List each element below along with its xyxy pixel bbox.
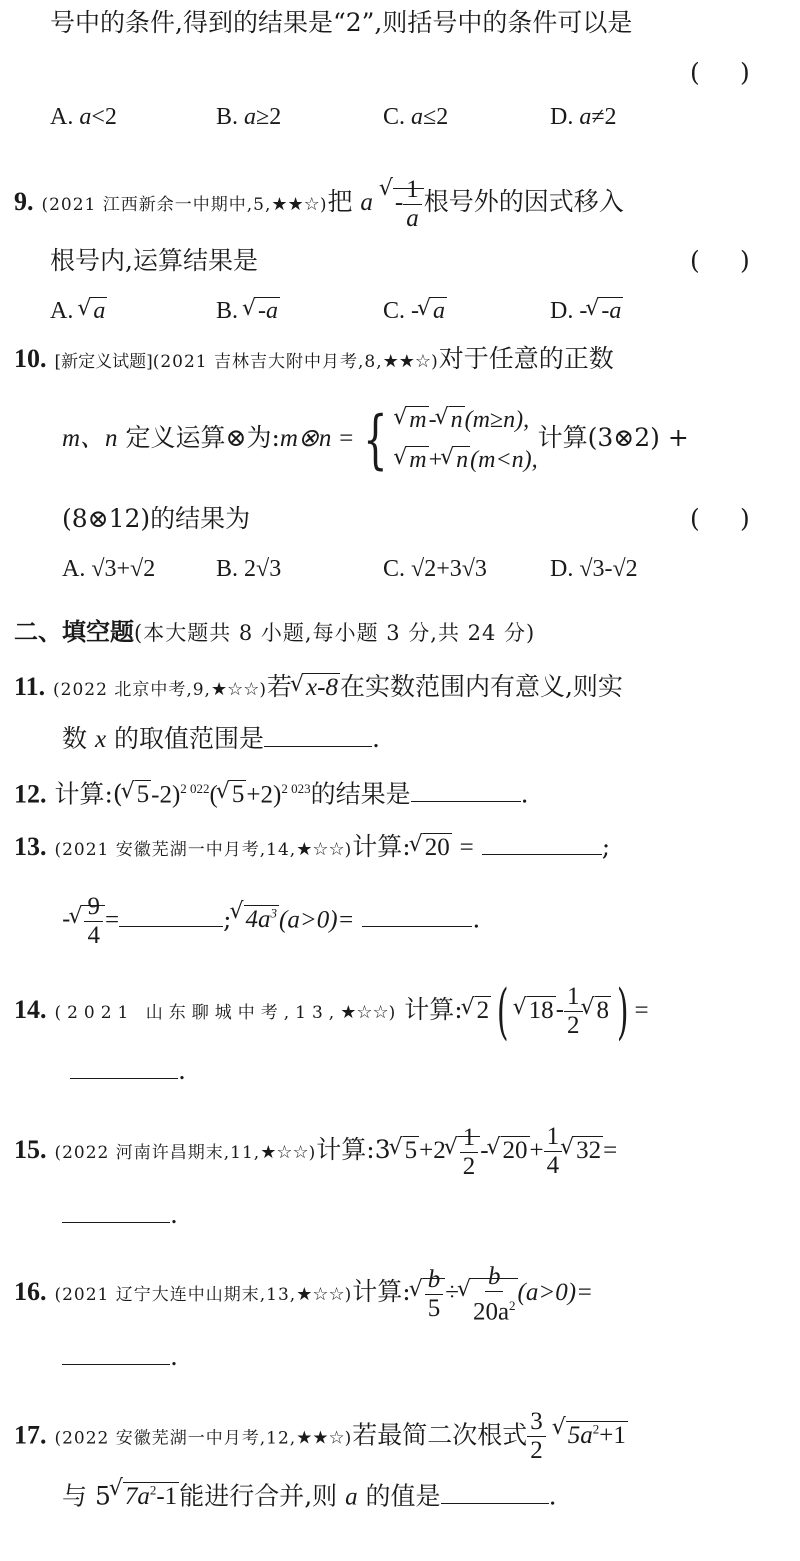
q10-option-b[interactable]: B. 2√3 — [216, 556, 281, 583]
q8-option-a[interactable]: A. a<2 — [50, 104, 117, 131]
question-number: 9. — [14, 187, 34, 216]
question-number: 17. — [14, 1420, 47, 1449]
piecewise-definition: m-n(m≥n), m+n(m<n), — [395, 400, 537, 480]
q15-line2: . — [62, 1196, 178, 1230]
q17-line1: 17. (2022 安徽芜湖一中月考,12,★★☆)若最简二次根式32 5a2+… — [14, 1400, 628, 1468]
question-number: 11. — [14, 672, 45, 701]
difficulty-stars: ★☆☆ — [296, 1284, 344, 1305]
question-source: (2021 山东聊城中考,13, — [54, 1003, 340, 1023]
question-source: (2021 江西新余一中期中,5, — [41, 195, 271, 215]
difficulty-stars: ★★☆ — [383, 351, 431, 372]
question-source: (2022 河南许昌期末,11, — [54, 1143, 260, 1163]
answer-blank[interactable] — [264, 720, 372, 747]
q9-line2: 根号内,运算结果是 — [50, 246, 258, 276]
answer-blank[interactable] — [119, 900, 223, 927]
section-note: (本大题共 8 小题,每小题 3 分,共 24 分) — [134, 621, 535, 645]
answer-blank[interactable] — [62, 1196, 170, 1223]
q16-line2: . — [62, 1338, 178, 1372]
question-number: 16. — [14, 1277, 47, 1306]
question-number: 10. — [14, 344, 47, 373]
q9-option-a[interactable]: A. a — [50, 298, 107, 325]
q13-line2: -94=;4a3(a>0)= . — [62, 884, 480, 950]
question-number: 12. — [14, 779, 47, 808]
q17-line2: 与 57a2-1能进行合并,则 a 的值是. — [62, 1476, 557, 1512]
q8-stem-text: 号中的条件,得到的结果是“2”,则括号中的条件可以是 — [50, 8, 632, 38]
q10-line1: 10. [新定义试题](2021 吉林吉大附中月考,8,★★☆)对于任意的正数 — [14, 344, 614, 377]
q10-answer-paren[interactable]: () — [690, 504, 790, 533]
q16-line1: 16. (2021 辽宁大连中山期末,13,★☆☆)计算:b5÷b20a2(a>… — [14, 1262, 593, 1326]
question-number: 14. — [14, 995, 47, 1024]
section-heading: 二、填空题(本大题共 8 小题,每小题 3 分,共 24 分) — [14, 617, 535, 648]
answer-blank[interactable] — [70, 1052, 178, 1079]
q11-line2: 数 x 的取值范围是. — [62, 720, 380, 755]
difficulty-stars: ★☆☆ — [296, 839, 344, 860]
brace: { — [363, 408, 387, 472]
question-source: (2022 北京中考,9, — [53, 680, 211, 700]
q14-line1: 14. (2021 山东聊城中考,13,★☆☆) 计算:2(18-128)= — [14, 980, 649, 1043]
question-source: (2021 安徽芜湖一中月考,14, — [54, 840, 296, 860]
q13-line1: 13. (2021 安徽芜湖一中月考,14,★☆☆)计算:20 = ; — [14, 828, 610, 865]
q8-option-b[interactable]: B. a≥2 — [216, 104, 281, 131]
q10-line2: m、n 定义运算⊗为:m⊗n ={ m-n(m≥n), m+n(m<n), 计算… — [62, 398, 689, 480]
difficulty-stars: ★☆☆ — [340, 1002, 388, 1023]
q9-option-d[interactable]: D. --a — [550, 298, 623, 325]
q9-line1: 9. (2021 江西新余一中期中,5,★★☆)把 a -1a根号外的因式移入 — [14, 176, 624, 233]
answer-blank[interactable] — [411, 775, 521, 802]
answer-blank[interactable] — [441, 1477, 549, 1504]
q9-answer-paren[interactable]: () — [690, 246, 790, 275]
q15-line1: 15. (2022 河南许昌期末,11,★☆☆)计算:35+212-20+143… — [14, 1120, 617, 1183]
question-tag: [新定义试题] — [54, 352, 152, 372]
section-title: 二、填空题 — [14, 618, 134, 646]
difficulty-stars: ★☆☆ — [211, 679, 259, 700]
q14-line2: . — [70, 1052, 186, 1086]
q10-option-d[interactable]: D. √3-√2 — [550, 556, 638, 583]
q10-option-c[interactable]: C. √2+3√3 — [383, 556, 487, 583]
difficulty-stars: ★★☆ — [271, 194, 319, 215]
q9-option-c[interactable]: C. -a — [383, 298, 447, 325]
question-number: 13. — [14, 832, 47, 861]
q8-option-d[interactable]: D. a≠2 — [550, 104, 617, 131]
q9-option-b[interactable]: B. -a — [216, 298, 280, 325]
difficulty-stars: ★☆☆ — [260, 1142, 308, 1163]
answer-blank[interactable] — [62, 1338, 170, 1365]
difficulty-stars: ★★☆ — [296, 1427, 344, 1448]
q10-option-a[interactable]: A. √3+√2 — [62, 556, 155, 583]
question-number: 15. — [14, 1135, 47, 1164]
q10-line3: (8⊗12)的结果为 — [62, 504, 250, 534]
q11-line1: 11. (2022 北京中考,9,★☆☆)若x-8在实数范围内有意义,则实 — [14, 672, 623, 705]
question-source: (2021 吉林吉大附中月考,8, — [153, 352, 383, 372]
answer-blank[interactable] — [362, 900, 472, 927]
q8-option-c[interactable]: C. a≤2 — [383, 104, 448, 131]
answer-blank[interactable] — [482, 828, 602, 855]
question-source: (2021 辽宁大连中山期末,13, — [54, 1285, 296, 1305]
q8-answer-paren[interactable]: () — [690, 58, 790, 87]
q12-line1: 12. 计算:(5-2)2 022(5+2)2 023的结果是. — [14, 774, 529, 810]
question-source: (2022 安徽芜湖一中月考,12, — [54, 1428, 296, 1448]
radical: -1a — [381, 176, 424, 233]
